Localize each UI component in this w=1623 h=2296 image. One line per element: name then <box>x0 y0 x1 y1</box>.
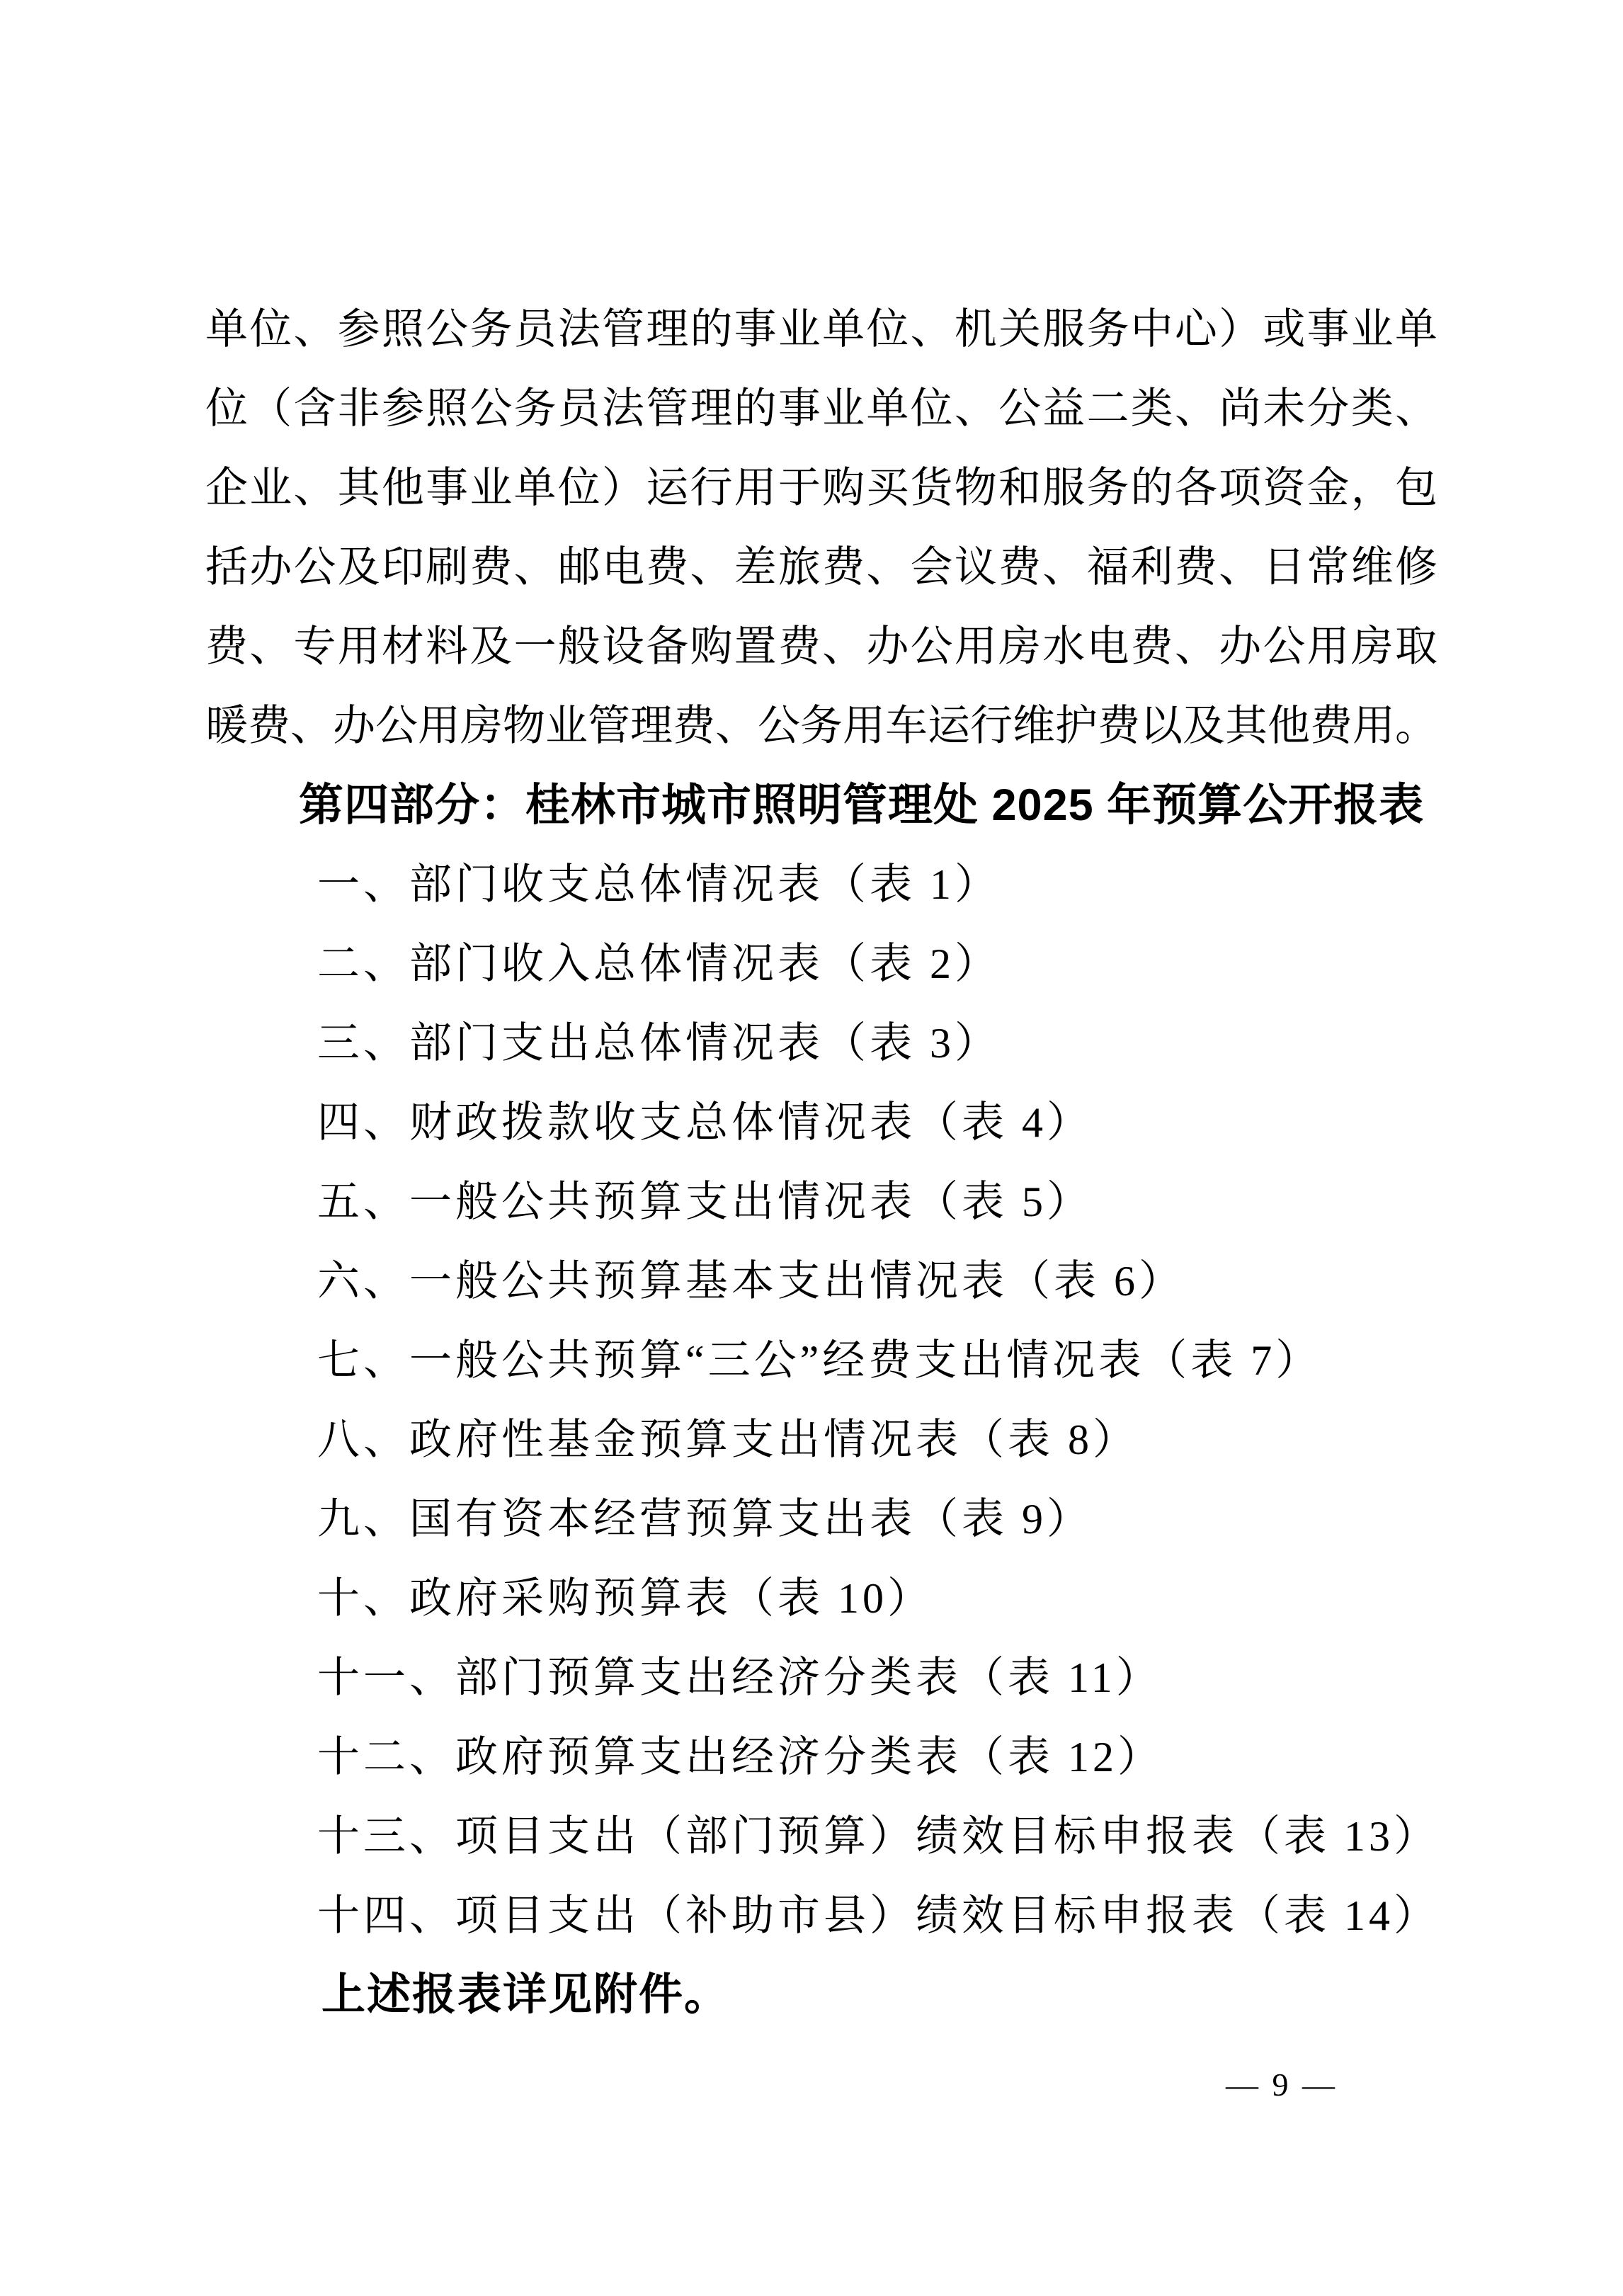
toc-item-1: 一、部门收支总体情况表（表 1） <box>205 845 1437 924</box>
toc-item-9: 九、国有资本经营预算支出表（表 9） <box>205 1479 1437 1559</box>
closing-line: 上述报表详见附件。 <box>205 1955 1437 2035</box>
toc-item-7: 七、一般公共预算“三公”经费支出情况表（表 7） <box>205 1321 1437 1400</box>
body-line: 括办公及印刷费、邮电费、差旅费、会议费、福利费、日常维修 <box>205 528 1437 607</box>
toc-item-2: 二、部门收入总体情况表（表 2） <box>205 924 1437 1004</box>
body-line: 位（含非参照公务员法管理的事业单位、公益二类、尚未分类、 <box>205 369 1437 448</box>
toc-item-10: 十、政府采购预算表（表 10） <box>205 1559 1437 1638</box>
body-line: 费、专用材料及一般设备购置费、办公用房水电费、办公用房取 <box>205 607 1437 686</box>
toc-item-4: 四、财政拨款收支总体情况表（表 4） <box>205 1083 1437 1162</box>
body-line: 单位、参照公务员法管理的事业单位、机关服务中心）或事业单 <box>205 290 1437 369</box>
toc-item-6: 六、一般公共预算基本支出情况表（表 6） <box>205 1241 1437 1321</box>
toc-item-3: 三、部门支出总体情况表（表 3） <box>205 1004 1437 1083</box>
section-heading: 第四部分：桂林市城市照明管理处 2025 年预算公开报表 <box>205 766 1437 845</box>
toc-item-12: 十二、政府预算支出经济分类表（表 12） <box>205 1717 1437 1797</box>
toc-item-11: 十一、部门预算支出经济分类表（表 11） <box>205 1638 1437 1717</box>
toc-item-14: 十四、项目支出（补助市县）绩效目标申报表（表 14） <box>205 1876 1437 1955</box>
body-line: 企业、其他事业单位）运行用于购买货物和服务的各项资金，包 <box>205 448 1437 528</box>
page-number: — 9 — <box>1197 2062 1367 2108</box>
toc-item-5: 五、一般公共预算支出情况表（表 5） <box>205 1162 1437 1241</box>
document-page: 单位、参照公务员法管理的事业单位、机关服务中心）或事业单 位（含非参照公务员法管… <box>0 0 1623 2296</box>
document-content: 单位、参照公务员法管理的事业单位、机关服务中心）或事业单 位（含非参照公务员法管… <box>205 290 1437 2035</box>
body-line: 暖费、办公用房物业管理费、公务用车运行维护费以及其他费用。 <box>205 686 1437 766</box>
toc-item-8: 八、政府性基金预算支出情况表（表 8） <box>205 1400 1437 1479</box>
toc-item-13: 十三、项目支出（部门预算）绩效目标申报表（表 13） <box>205 1797 1437 1876</box>
